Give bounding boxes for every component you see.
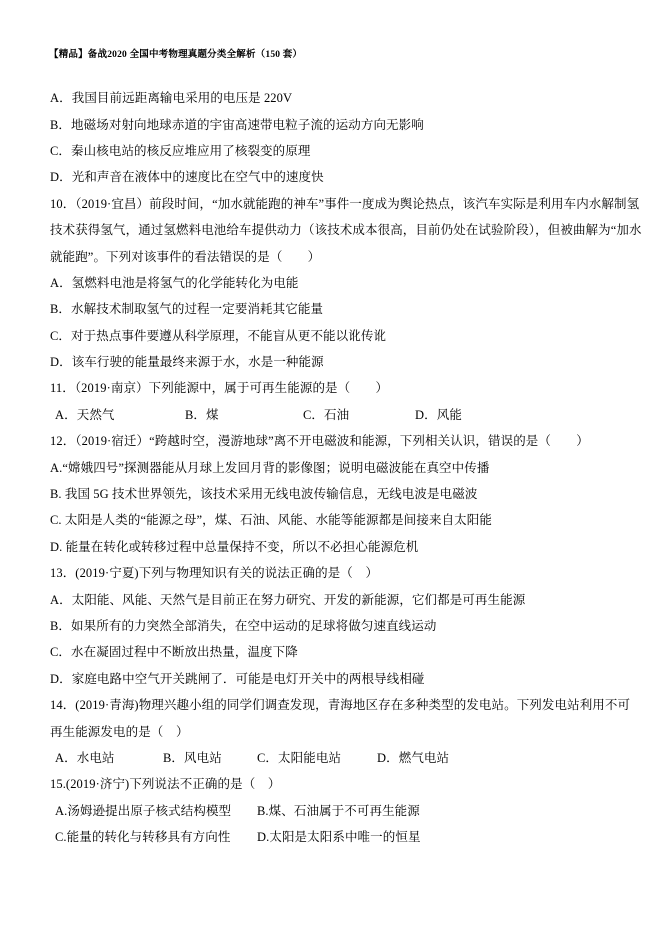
option-line: B. 我国 5G 技术世界领先，该技术采用无线电波传输信息，无线电波是电磁波	[50, 480, 640, 506]
option-line: B．地磁场对射向地球赤道的宇宙高速带电粒子流的运动方向无影响	[50, 110, 640, 136]
option-item: A．天然气	[55, 405, 115, 423]
option-item: C.能量的转化与转移具有方向性	[55, 827, 230, 845]
option-line: D．该车行驶的能量最终来源于水，水是一种能源	[50, 348, 640, 374]
question-line: 15.(2019·济宁)下列说法不正确的是（ ）	[50, 770, 640, 796]
option-line: C．水在凝固过程中不断放出热量，温度下降	[50, 638, 640, 664]
question-line: 13．(2019·宁夏)下列与物理知识有关的说法正确的是（ ）	[50, 559, 640, 585]
option-line: C．对于热点事件要遵从科学原理，不能盲从更不能以讹传讹	[50, 322, 640, 348]
option-item: D．风能	[415, 405, 462, 423]
options-row-q11: A．天然气 B．煤 C．石油 D．风能	[50, 401, 640, 427]
option-item: D．燃气电站	[377, 748, 449, 766]
option-item: A．水电站	[55, 748, 115, 766]
option-line: A．太阳能、风能、天然气是目前正在努力研究、开发的新能源，它们都是可再生能源	[50, 585, 640, 611]
options-row-q15-2: C.能量的转化与转移具有方向性 D.太阳是太阳系中唯一的恒星	[50, 823, 640, 849]
document-page: 【精品】备战2020 全国中考物理真题分类全解析（150 套） A．我国目前远距…	[0, 0, 661, 935]
option-line: D．光和声音在液体中的速度比在空气中的速度快	[50, 163, 640, 189]
option-item: A.汤姆逊提出原子核式结构模型	[55, 801, 231, 819]
question-line: 技术获得氢气，通过氢燃料电池给车提供动力（该技术成本很高，目前仍处在试验阶段），…	[50, 216, 640, 242]
option-item: C．太阳能电站	[257, 748, 341, 766]
option-line: B．水解技术制取氢气的过程一定要消耗其它能量	[50, 295, 640, 321]
question-line: 11．（2019·南京）下列能源中，属于可再生能源的是（ ）	[50, 374, 640, 400]
option-line: B．如果所有的力突然全部消失，在空中运动的足球将做匀速直线运动	[50, 612, 640, 638]
question-line: 再生能源发电的是（ ）	[50, 717, 640, 743]
document-header: 【精品】备战2020 全国中考物理真题分类全解析（150 套）	[49, 46, 302, 60]
option-line: D. 能量在转化或转移过程中总量保持不变，所以不必担心能源危机	[50, 533, 640, 559]
option-line: D．家庭电路中空气开关跳闸了．可能是电灯开关中的两根导线相碰	[50, 665, 640, 691]
option-item: D.太阳是太阳系中唯一的恒星	[257, 827, 421, 845]
option-line: A．我国目前远距离输电采用的电压是 220V	[50, 84, 640, 110]
option-line: A．氢燃料电池是将氢气的化学能转化为电能	[50, 269, 640, 295]
option-line: C．秦山核电站的核反应堆应用了核裂变的原理	[50, 137, 640, 163]
question-line: 12．（2019·宿迁）“跨越时空，漫游地球”离不开电磁波和能源，下列相关认识，…	[50, 427, 640, 453]
question-line: 10．（2019·宜昌）前段时间，“加水就能跑的神车”事件一度成为舆论热点，该汽…	[50, 190, 640, 216]
question-line: 14．(2019·青海)物理兴趣小组的同学们调查发现，青海地区存在多种类型的发电…	[50, 691, 640, 717]
options-row-q14: A．水电站 B．风电站 C．太阳能电站 D．燃气电站	[50, 744, 640, 770]
question-line: 就能跑”。下列对该事件的看法错误的是（ ）	[50, 242, 640, 268]
option-item: C．石油	[303, 405, 349, 423]
option-item: B．风电站	[163, 748, 222, 766]
document-body: A．我国目前远距离输电采用的电压是 220V B．地磁场对射向地球赤道的宇宙高速…	[50, 84, 640, 849]
options-row-q15-1: A.汤姆逊提出原子核式结构模型 B.煤、石油属于不可再生能源	[50, 797, 640, 823]
option-item: B．煤	[185, 405, 219, 423]
option-line: A.“嫦娥四号”探测器能从月球上发回月背的影像图；说明电磁波能在真空中传播	[50, 453, 640, 479]
option-item: B.煤、石油属于不可再生能源	[257, 801, 420, 819]
option-line: C. 太阳是人类的“能源之母”，煤、石油、风能、水能等能源都是间接来自太阳能	[50, 506, 640, 532]
